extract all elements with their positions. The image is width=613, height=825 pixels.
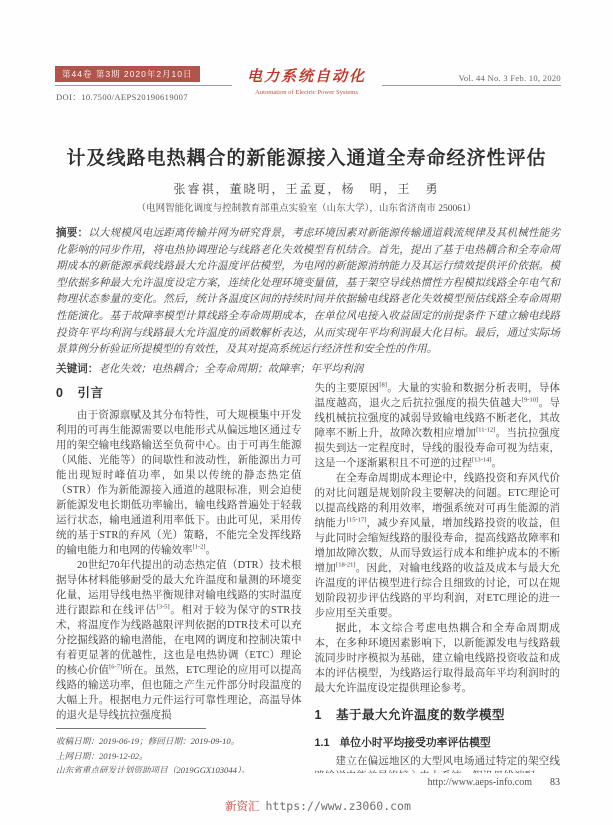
abstract-label: 摘要： bbox=[56, 227, 88, 239]
watermark-url: https://www.z3060.com bbox=[266, 799, 411, 813]
subsection-title: 单位小时平均接受功率评估模型 bbox=[340, 737, 491, 749]
footnote-funding: 山东省重点研发计划资助项目（2019GGX103044）。 bbox=[56, 763, 302, 773]
subsection-number: 1.1 bbox=[315, 737, 330, 749]
watermark: 新资汇https://www.z3060.com bbox=[225, 798, 411, 814]
abstract-text: 以大规模风电远距离传输并网为研究背景，考虑环境因素对新能源传输通道载流规律及其机… bbox=[56, 228, 560, 355]
page-number: 83 bbox=[550, 777, 560, 788]
subsection-heading-1-1: 1.1单位小时平均接受功率评估模型 bbox=[315, 735, 561, 750]
issue-badge: 第44卷 第3期 2020年2月10日 bbox=[55, 66, 200, 82]
footnote-received-date: 收稿日期：2019-06-19；修回日期：2019-09-10。 bbox=[56, 734, 302, 749]
keywords-label: 关键词： bbox=[56, 363, 98, 375]
journal-name-cn: 电力系统自动化 bbox=[236, 65, 378, 86]
journal-logo: 电力系统自动化 Automation of Electric Power Sys… bbox=[232, 63, 382, 96]
footnote-online-date: 上网日期：2019-12-02。 bbox=[56, 749, 302, 764]
left-column: 0引言 由于资源禀赋及其分布特性，可大规模集中开发利用的可再生能源需要以电能形式… bbox=[56, 381, 302, 773]
abstract-block: 摘要：以大规模风电远距离传输并网为研究背景，考虑环境因素对新能源传输通道载流规律… bbox=[56, 225, 560, 378]
footnote-divider bbox=[56, 728, 206, 729]
section-number: 1 bbox=[315, 708, 322, 722]
body-paragraph: 失的主要原因[8]。大量的实验和数据分析表明，导体温度越高，退火之后抗拉强度的损… bbox=[315, 381, 561, 471]
keywords-text: 老化失效；电热耦合；全寿命周期；故障率；年平均利润 bbox=[98, 364, 363, 375]
doi-text: DOI：10.7500/AEPS20190619007 bbox=[56, 91, 188, 103]
section-heading-1: 1基于最大允许温度的数学模型 bbox=[315, 705, 561, 723]
journal-page: 第44卷 第3期 2020年2月10日 DOI：10.7500/AEPS2019… bbox=[0, 0, 613, 825]
body-paragraph: 建立在偏远地区的大型风电场通过特定的架空线路输送电能并最终接入电力系统，假设母线… bbox=[315, 754, 561, 773]
author-list: 张睿祺，董晓明，王孟夏，杨 明，王 勇 bbox=[0, 180, 613, 197]
page-footer: http://www.aeps-info.com83 bbox=[428, 777, 560, 788]
paper-title: 计及线路电热耦合的新能源接入通道全寿命经济性评估 bbox=[0, 143, 613, 170]
abstract-paragraph: 摘要：以大规模风电远距离传输并网为研究背景，考虑环境因素对新能源传输通道载流规律… bbox=[56, 225, 560, 359]
body-paragraph: 20世纪70年代提出的动态热定值（DTR）技术根据导体材料能够耐受的最大允许温度… bbox=[56, 558, 302, 723]
body-paragraph: 据此，本文综合考虑电热耦合和全寿命周期成本，在多种环境因素影响下，以新能源发电与… bbox=[315, 621, 561, 696]
watermark-name: 新资汇 bbox=[225, 801, 260, 813]
right-column: 失的主要原因[8]。大量的实验和数据分析表明，导体温度越高，退火之后抗拉强度的损… bbox=[315, 381, 561, 773]
section-heading-intro: 0引言 bbox=[56, 383, 302, 401]
affiliation: （电网智能化调度与控制教育部重点实验室（山东大学），山东省济南市 250061） bbox=[0, 200, 613, 214]
body-paragraph: 在全寿命周期成本理论中，线路投资和弃风代价的对比问题是规划阶段主要解决的问题。E… bbox=[315, 471, 561, 621]
journal-name-en: Automation of Electric Power Systems bbox=[236, 89, 378, 96]
journal-url: http://www.aeps-info.com bbox=[428, 777, 532, 788]
body-columns: 0引言 由于资源禀赋及其分布特性，可大规模集中开发利用的可再生能源需要以电能形式… bbox=[56, 381, 560, 773]
footnote-block: 收稿日期：2019-06-19；修回日期：2019-09-10。 上网日期：20… bbox=[56, 723, 302, 773]
section-title: 基于最大允许温度的数学模型 bbox=[336, 708, 505, 722]
section-title: 引言 bbox=[77, 386, 103, 400]
keywords-line: 关键词：老化失效；电热耦合；全寿命周期；故障率；年平均利润 bbox=[56, 361, 560, 379]
volume-info: Vol. 44 No. 3 Feb. 10, 2020 bbox=[459, 73, 561, 83]
section-number: 0 bbox=[56, 386, 63, 400]
body-paragraph: 由于资源禀赋及其分布特性，可大规模集中开发利用的可再生能源需要以电能形式从偏远地… bbox=[56, 408, 302, 558]
